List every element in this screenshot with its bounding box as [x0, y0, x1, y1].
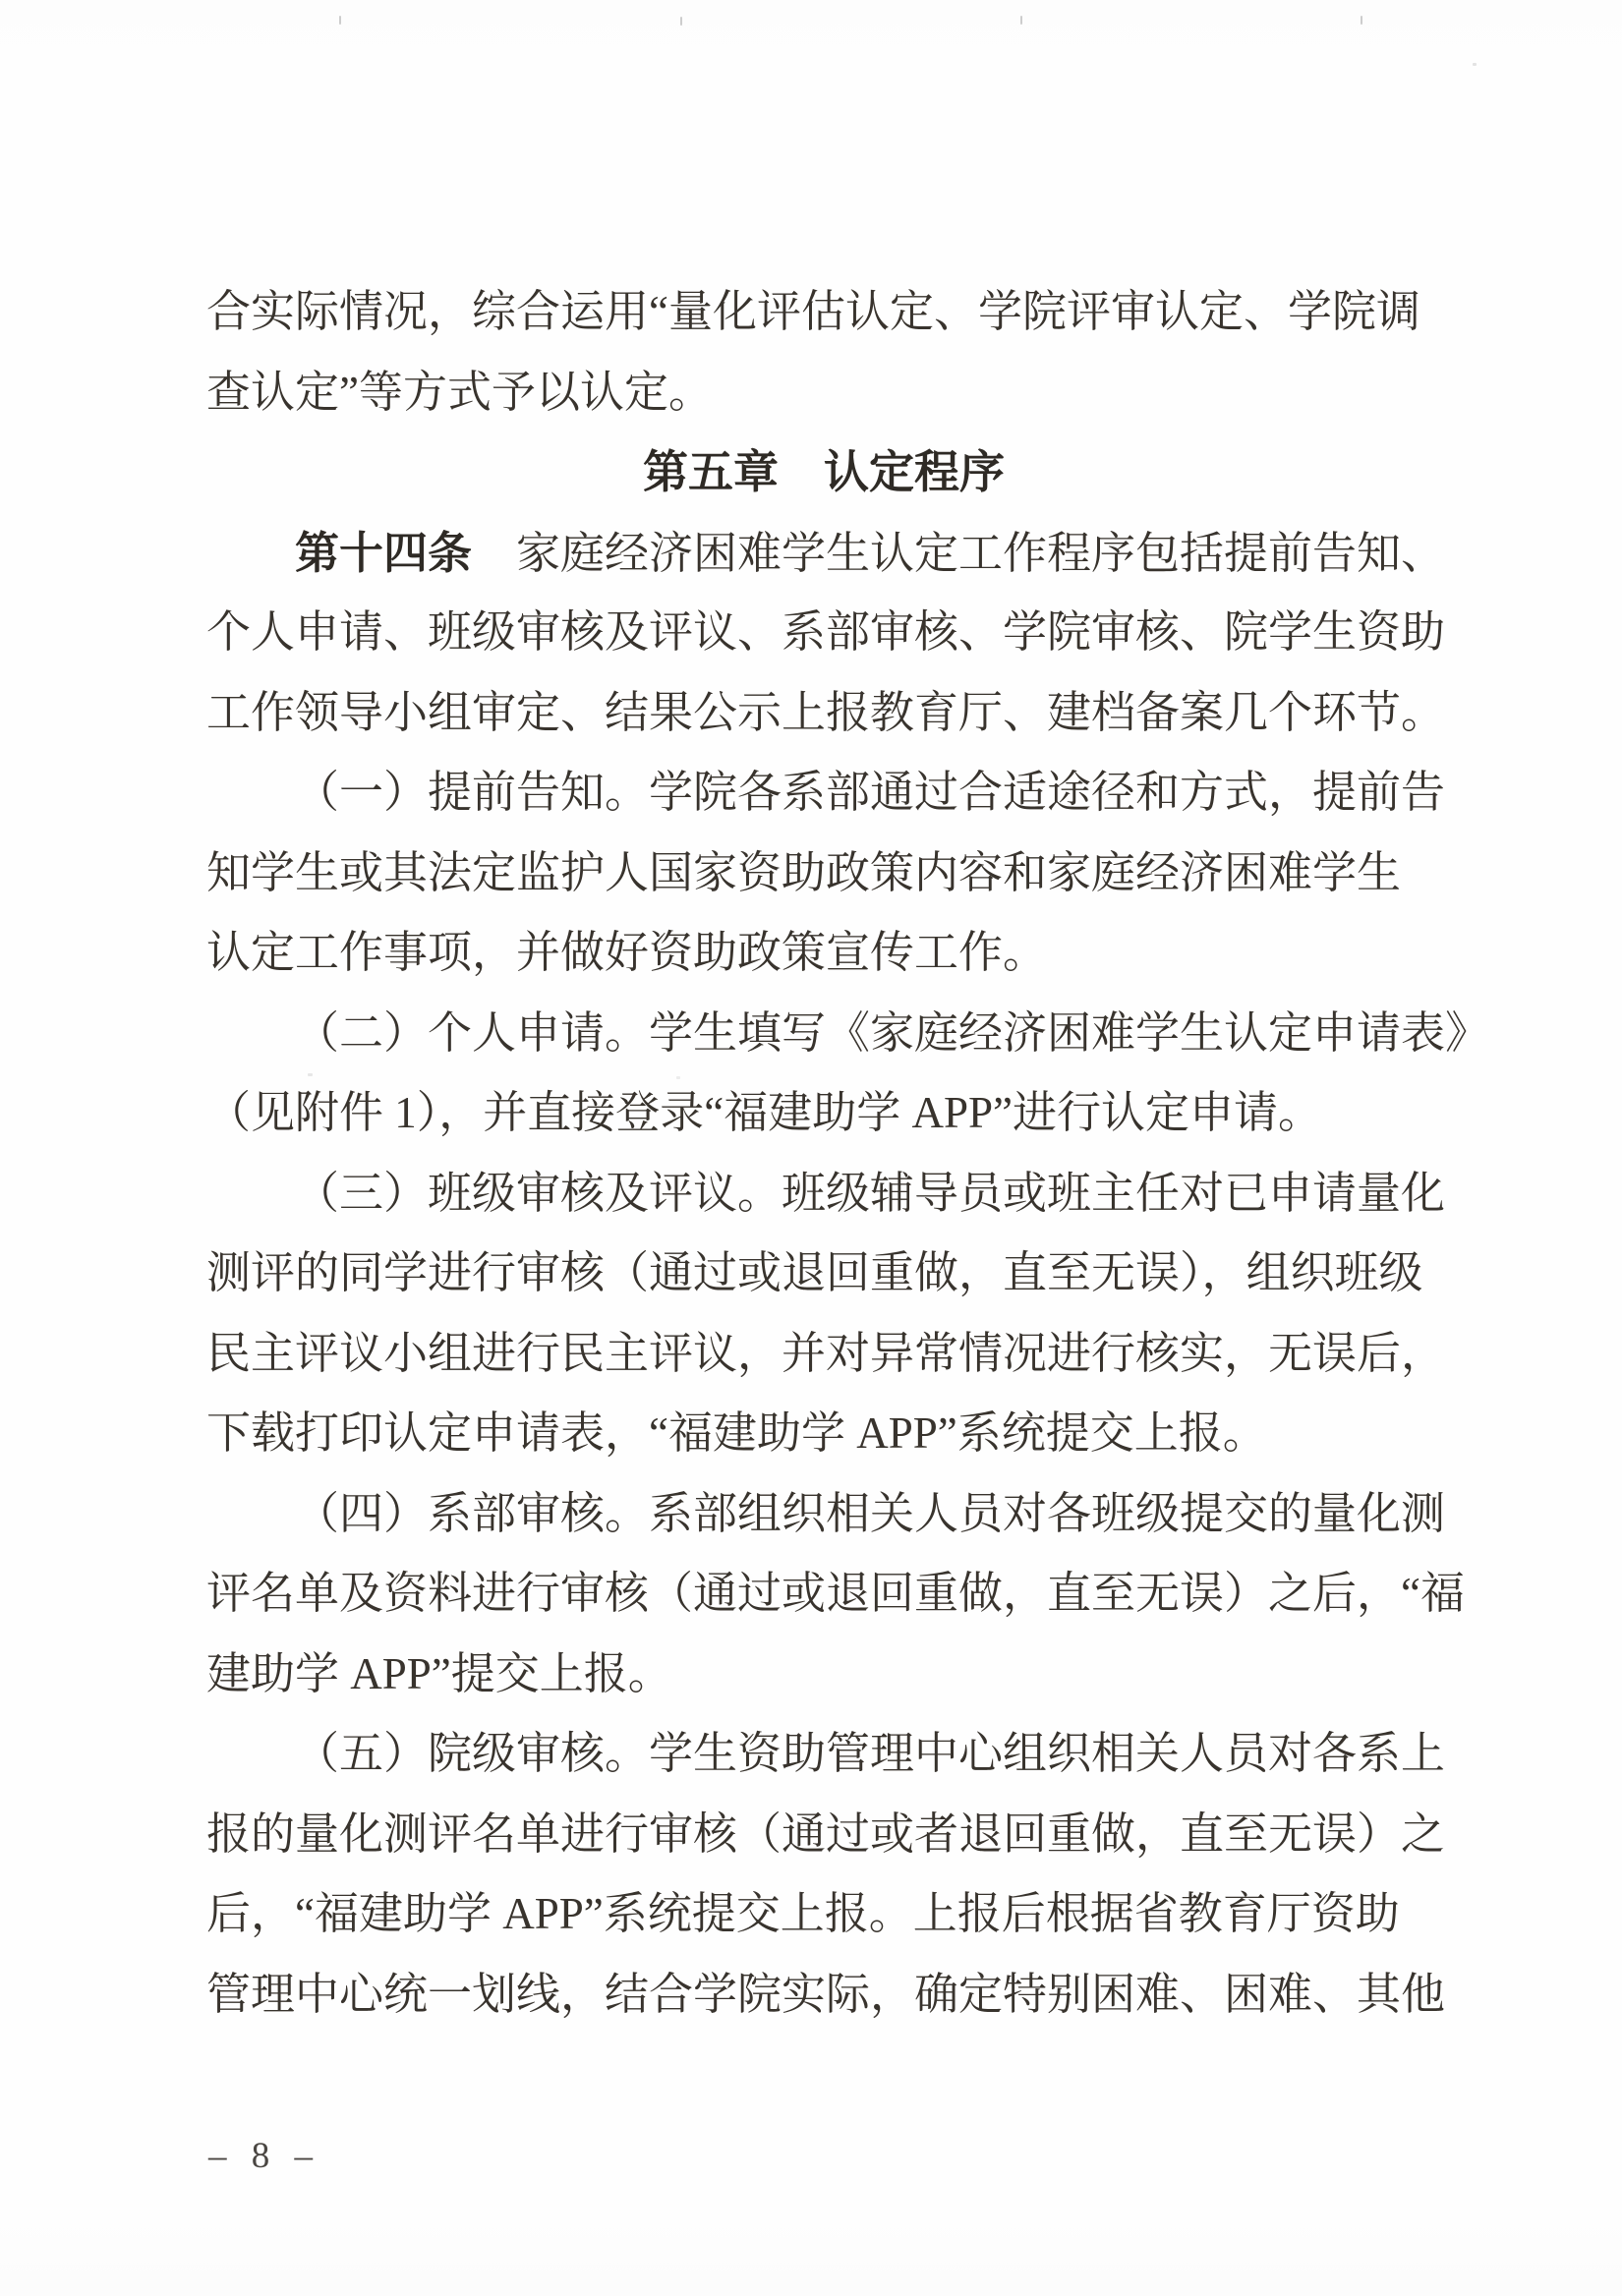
document-text-line: 合实际情况，综合运用“量化评估认定、学院评审认定、学院调: [206, 272, 1441, 353]
document-text-line: 评名单及资料进行审核（通过或退回重做，直至无误）之后，“福: [206, 1554, 1441, 1635]
line-text: 第五章 认定程序: [643, 446, 1005, 497]
document-text-line: 测评的同学进行审核（通过或退回重做，直至无误），组织班级: [206, 1234, 1441, 1314]
line-text: 个人申请、班级审核及评议、系部审核、学院审核、院学生资助: [206, 607, 1445, 657]
line-text: （见附件 1），并直接登录“福建助学 APP”进行认定申请。: [206, 1088, 1322, 1137]
document-text-line: （二）个人申请。学生填写《家庭经济困难学生认定申请表》: [206, 994, 1441, 1074]
line-text: 报的量化测评名单进行审核（通过或者退回重做，直至无误）之: [206, 1809, 1445, 1859]
document-text-line: 第十四条 家庭经济困难学生认定工作程序包括提前告知、: [206, 513, 1441, 594]
document-text-line: 后，“福建助学 APP”系统提交上报。上报后根据省教育厅资助: [206, 1874, 1441, 1955]
line-text: （一）提前告知。学院各系部通过合适途径和方式，提前告: [295, 768, 1445, 817]
line-text: 评名单及资料进行审核（通过或退回重做，直至无误）之后，“福: [206, 1569, 1465, 1618]
line-text: 工作领导小组审定、结果公示上报教育厅、建档备案几个环节。: [206, 688, 1445, 737]
line-text: （三）班级审核及评议。班级辅导员或班主任对已申请量化: [295, 1169, 1445, 1218]
line-text: （四）系部审核。系部组织相关人员对各班级提交的量化测: [295, 1489, 1445, 1538]
line-text: 管理中心统一划线，结合学院实际，确定特别困难、困难、其他: [206, 1970, 1445, 2019]
line-text: （五）院级审核。学生资助管理中心组织相关人员对各系上: [295, 1729, 1445, 1778]
scan-speckle: [1361, 16, 1362, 25]
document-page: 合实际情况，综合运用“量化评估认定、学院评审认定、学院调查认定”等方式予以认定。…: [0, 0, 1622, 2296]
document-text-line: （三）班级审核及评议。班级辅导员或班主任对已申请量化: [206, 1154, 1441, 1234]
line-text: 下载打印认定申请表，“福建助学 APP”系统提交上报。: [206, 1408, 1267, 1458]
document-text-line: 民主评议小组进行民主评议，并对异常情况进行核实，无误后，: [206, 1314, 1441, 1395]
document-text-line: 知学生或其法定监护人国家资助政策内容和家庭经济困难学生: [206, 833, 1441, 914]
line-text: 后，“福建助学 APP”系统提交上报。上报后根据省教育厅资助: [206, 1889, 1400, 1938]
line-text: （二）个人申请。学生填写《家庭经济困难学生认定申请表》: [295, 1008, 1489, 1058]
document-body: 合实际情况，综合运用“量化评估认定、学院评审认定、学院调查认定”等方式予以认定。…: [206, 272, 1441, 2035]
scan-speckle: [680, 17, 682, 26]
document-text-line: 认定工作事项，并做好资助政策宣传工作。: [206, 913, 1441, 994]
line-text: 合实际情况，综合运用“量化评估认定、学院评审认定、学院调: [206, 287, 1420, 336]
line-text: 建助学 APP”提交上报。: [206, 1649, 672, 1698]
document-text-line: 报的量化测评名单进行审核（通过或者退回重做，直至无误）之: [206, 1795, 1441, 1875]
scan-speckle: [1020, 16, 1022, 25]
line-text: 查认定”等方式予以认定。: [206, 368, 713, 417]
scan-speckle: [1473, 63, 1477, 66]
article-number-label: 第十四条: [295, 528, 472, 578]
scan-speckle: [339, 16, 341, 25]
document-text-line: （见附件 1），并直接登录“福建助学 APP”进行认定申请。: [206, 1073, 1441, 1154]
document-text-line: （一）提前告知。学院各系部通过合适途径和方式，提前告: [206, 753, 1441, 833]
document-text-line: 建助学 APP”提交上报。: [206, 1635, 1441, 1715]
document-text-line: 工作领导小组审定、结果公示上报教育厅、建档备案几个环节。: [206, 673, 1441, 754]
document-text-line: 查认定”等方式予以认定。: [206, 353, 1441, 433]
line-text: 知学生或其法定监护人国家资助政策内容和家庭经济困难学生: [206, 848, 1401, 897]
line-text: 测评的同学进行审核（通过或退回重做，直至无误），组织班级: [206, 1248, 1423, 1297]
document-text-line: 个人申请、班级审核及评议、系部审核、学院审核、院学生资助: [206, 593, 1441, 673]
document-text-line: 下载打印认定申请表，“福建助学 APP”系统提交上报。: [206, 1394, 1441, 1474]
document-text-line: （五）院级审核。学生资助管理中心组织相关人员对各系上: [206, 1714, 1441, 1795]
line-text: 认定工作事项，并做好资助政策宣传工作。: [206, 928, 1047, 977]
document-text-line: （四）系部审核。系部组织相关人员对各班级提交的量化测: [206, 1474, 1441, 1555]
line-text: 民主评议小组进行民主评议，并对异常情况进行核实，无误后，: [206, 1329, 1445, 1378]
line-text: 家庭经济困难学生认定工作程序包括提前告知、: [472, 529, 1445, 578]
page-number: – 8 –: [208, 2137, 320, 2176]
document-text-line: 管理中心统一划线，结合学院实际，确定特别困难、困难、其他: [206, 1955, 1441, 2036]
chapter-heading: 第五章 认定程序: [206, 432, 1441, 513]
